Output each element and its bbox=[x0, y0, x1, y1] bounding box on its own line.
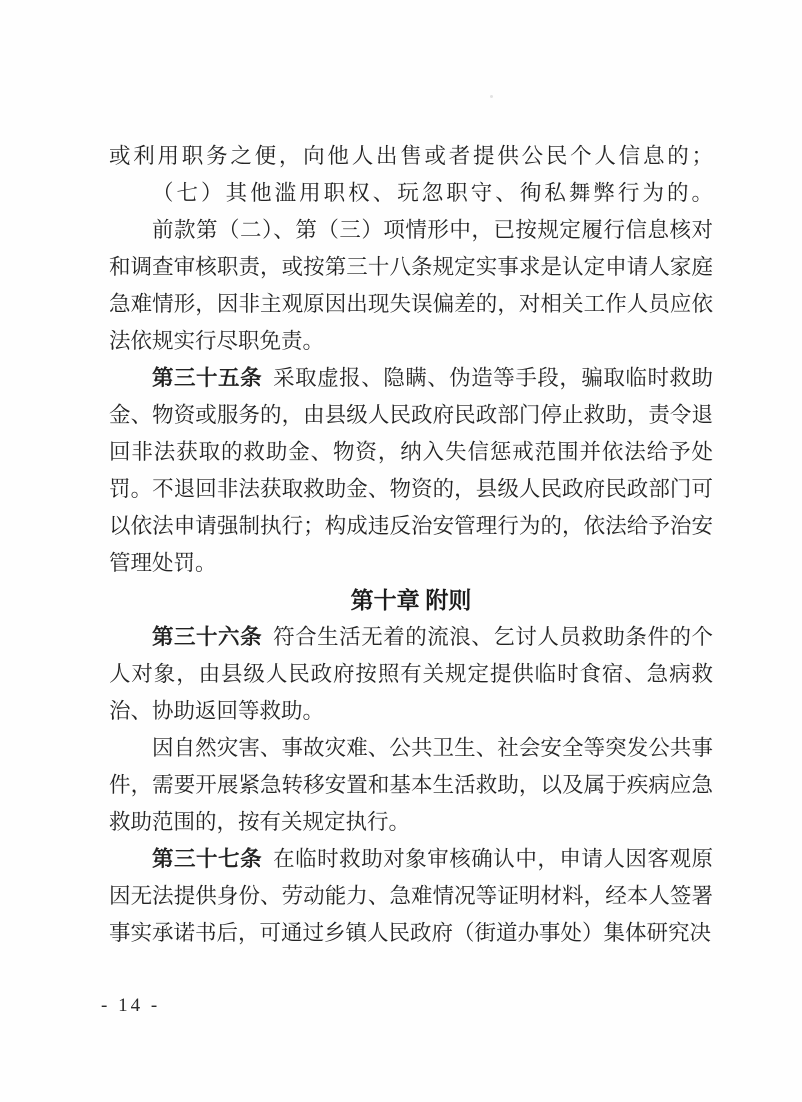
scan-speck bbox=[490, 95, 493, 98]
document-sheet: 或利用职务之便，向他人出售或者提供公民个人信息的；（七）其他滥用职权、玩忽职守、… bbox=[0, 0, 802, 1102]
document-body: 或利用职务之便，向他人出售或者提供公民个人信息的；（七）其他滥用职权、玩忽职守、… bbox=[109, 138, 713, 952]
paragraph: 因自然灾害、事故灾难、公共卫生、社会安全等突发公共事件，需要开展紧急转移安置和基… bbox=[109, 730, 713, 841]
paragraph: 第三十七条在临时救助对象审核确认中，申请人因客观原因无法提供身份、劳动能力、急难… bbox=[109, 841, 713, 952]
article-number: 第三十六条 bbox=[152, 625, 262, 649]
page-number: - 14 - bbox=[101, 995, 160, 1017]
paragraph: 前款第（二）、第（三）项情形中，已按规定履行信息核对和调查审核职责，或按第三十八… bbox=[109, 212, 713, 360]
chapter-heading: 第十章 附则 bbox=[109, 582, 713, 619]
article-number: 第三十五条 bbox=[152, 366, 262, 390]
paragraph: 第三十五条采取虚报、隐瞒、伪造等手段，骗取临时救助金、物资或服务的，由县级人民政… bbox=[109, 360, 713, 582]
paragraph: 第三十六条符合生活无着的流浪、乞讨人员救助条件的个人对象，由县级人民政府按照有关… bbox=[109, 619, 713, 730]
article-number: 第三十七条 bbox=[152, 847, 262, 871]
paragraph: （七）其他滥用职权、玩忽职守、徇私舞弊行为的。 bbox=[109, 175, 713, 212]
paragraph: 或利用职务之便，向他人出售或者提供公民个人信息的； bbox=[109, 138, 713, 175]
